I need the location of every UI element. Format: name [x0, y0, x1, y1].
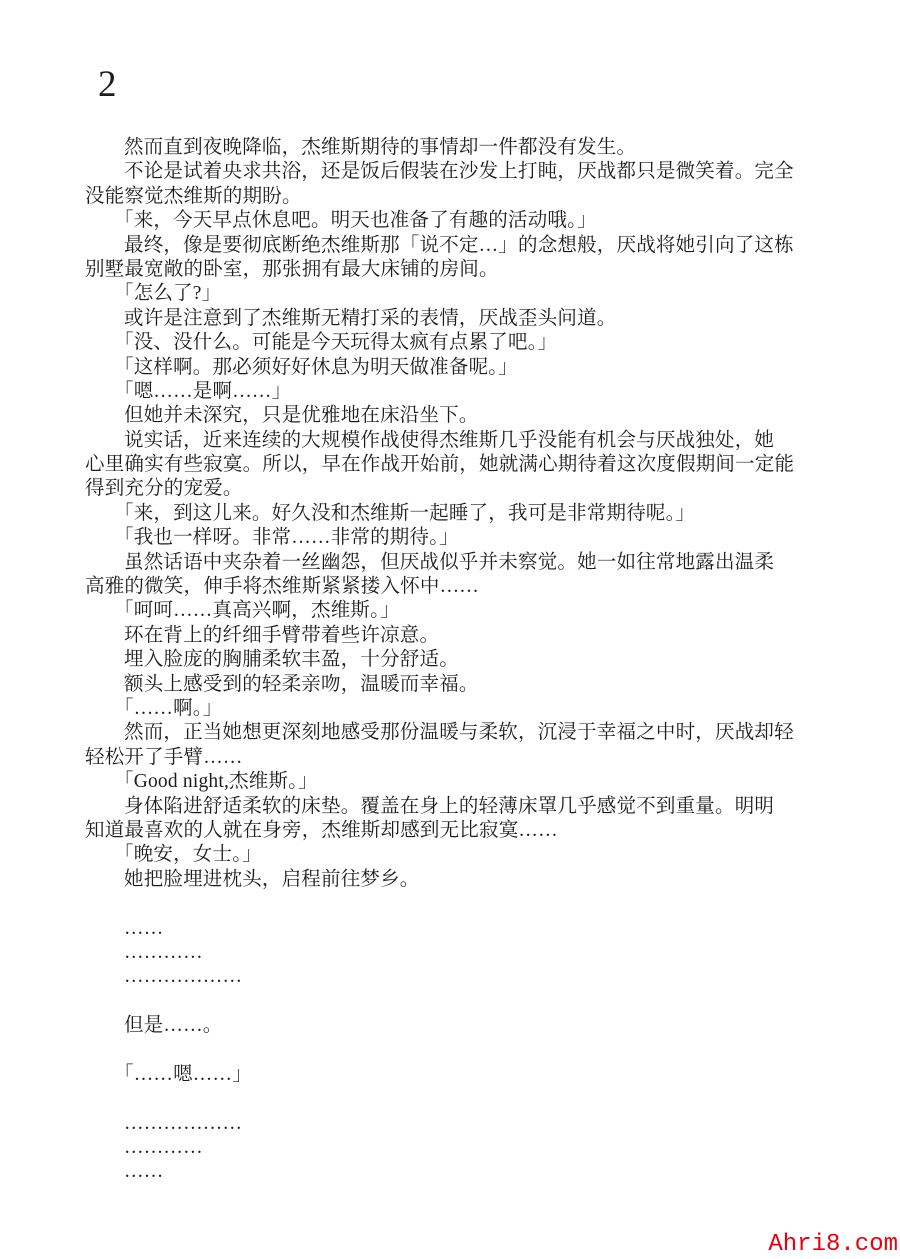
text-line: ………… [85, 941, 815, 965]
text-line: 「没、没什么。可能是今天玩得太疯有点累了吧。」 [85, 331, 815, 355]
text-line: 额头上感受到的轻柔亲吻，温暖而幸福。 [85, 673, 815, 697]
text-line: 别墅最宽敞的卧室，那张拥有最大床铺的房间。 [85, 258, 815, 282]
text-line: 「呵呵……真高兴啊，杰维斯。」 [85, 599, 815, 623]
text-line: 环在背上的纤细手臂带着些许凉意。 [85, 624, 815, 648]
text-line: 不论是试着央求共浴，还是饭后假装在沙发上打盹，厌战都只是微笑着。完全 [85, 160, 815, 184]
page-number: 2 [98, 66, 117, 103]
text-line: 「……嗯……」 [85, 1063, 815, 1087]
text-block: 然而直到夜晚降临，杰维斯期待的事情却一件都没有发生。不论是试着央求共浴，还是饭后… [85, 136, 815, 1185]
text-line: 然而直到夜晚降临，杰维斯期待的事情却一件都没有发生。 [85, 136, 815, 160]
text-line: ……………… [85, 1112, 815, 1136]
text-line: 「晚安，女士。」 [85, 843, 815, 867]
text-line: 高雅的微笑，伸手将杰维斯紧紧搂入怀中…… [85, 575, 815, 599]
text-line: 但她并未深究，只是优雅地在床沿坐下。 [85, 404, 815, 428]
text-line: 最终，像是要彻底断绝杰维斯那「说不定…」的念想般，厌战将她引向了这栋 [85, 234, 815, 258]
text-line: 知道最喜欢的人就在身旁，杰维斯却感到无比寂寞…… [85, 819, 815, 843]
book-page: 2 然而直到夜晚降临，杰维斯期待的事情却一件都没有发生。不论是试着央求共浴，还是… [0, 0, 900, 1259]
text-line: 身体陷进舒适柔软的床垫。覆盖在身上的轻薄床罩几乎感觉不到重量。明明 [85, 795, 815, 819]
text-line: 得到充分的宠爱。 [85, 477, 815, 501]
text-line: ……………… [85, 965, 815, 989]
watermark: Ahri8.com [768, 1232, 898, 1258]
text-line: 或许是注意到了杰维斯无精打采的表情，厌战歪头问道。 [85, 307, 815, 331]
text-line [85, 892, 815, 916]
text-line: 虽然话语中夹杂着一丝幽怨，但厌战似乎并未察觉。她一如往常地露出温柔 [85, 551, 815, 575]
text-line: 没能察觉杰维斯的期盼。 [85, 185, 815, 209]
text-line: 轻松开了手臂…… [85, 746, 815, 770]
text-line: 她把脸埋进枕头，启程前往梦乡。 [85, 868, 815, 892]
text-line: 「来，今天早点休息吧。明天也准备了有趣的活动哦。」 [85, 209, 815, 233]
text-line [85, 990, 815, 1014]
text-line: 「……啊。」 [85, 697, 815, 721]
text-line: 「来，到这儿来。好久没和杰维斯一起睡了，我可是非常期待呢。」 [85, 502, 815, 526]
text-line: 心里确实有些寂寞。所以，早在作战开始前，她就满心期待着这次度假期间一定能 [85, 453, 815, 477]
text-line: 但是……。 [85, 1014, 815, 1038]
text-line: 然而，正当她想更深刻地感受那份温暖与柔软，沉浸于幸福之中时，厌战却轻 [85, 721, 815, 745]
text-line: 「怎么了?」 [85, 282, 815, 306]
text-line: …… [85, 1160, 815, 1184]
text-line: 埋入脸庞的胸脯柔软丰盈，十分舒适。 [85, 648, 815, 672]
text-line: 「这样啊。那必须好好休息为明天做准备呢。」 [85, 356, 815, 380]
text-line [85, 1087, 815, 1111]
text-line: 「我也一样呀。非常……非常的期待。」 [85, 526, 815, 550]
text-line [85, 1038, 815, 1062]
text-line: 「嗯……是啊……」 [85, 380, 815, 404]
text-line: ………… [85, 1136, 815, 1160]
text-line: 「Good night,杰维斯。」 [85, 770, 815, 794]
text-line: …… [85, 917, 815, 941]
text-line: 说实话，近来连续的大规模作战使得杰维斯几乎没能有机会与厌战独处，她 [85, 429, 815, 453]
